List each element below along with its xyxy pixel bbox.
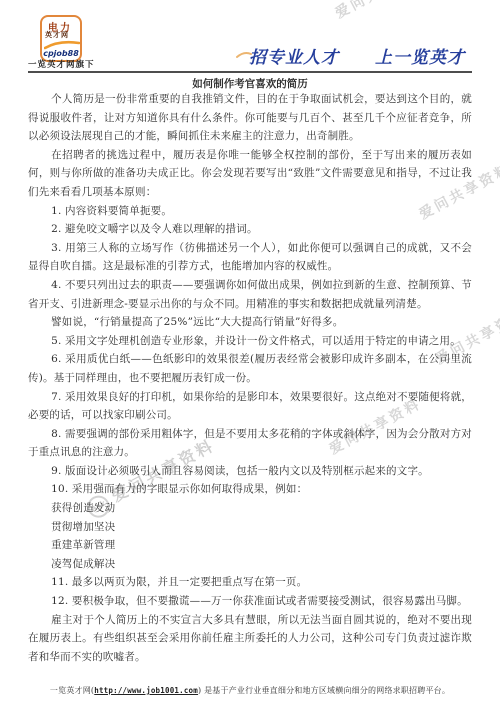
keyword-line: 贯彻增加坚决 [28, 518, 472, 537]
page-title: 如何制作考官喜欢的简历 [0, 76, 500, 91]
paragraph: 雇主对于个人简历上的不实宣言大多具有慧眼，所以无法当面自圆其说的，绝对不要出现在… [28, 611, 472, 667]
list-item: 1. 内容资料要简单扼要。 [28, 202, 472, 221]
footer-site-name: 一览英才网( [50, 686, 94, 695]
paragraph: 个人简历是一份非常重要的自我推销文件，目的在于争取面试机会，要达到这个目的，就得… [28, 90, 472, 146]
list-item: 9. 版面设计必须吸引人而且容易阅读，包括一般内文以及特别框示起来的文字。 [28, 462, 472, 481]
list-item: 6. 采用质优白纸——色纸影印的效果很差(履历表经常会被影印成许多副本，在公司里… [28, 350, 472, 387]
list-item: 5. 采用文字处理机创造专业形象，并设计一份文件格式，可以适用于特定的申请之用。 [28, 332, 472, 351]
list-item: 7. 采用效果良好的打印机，如果你给的是影印本，效果要很好。这点绝对不要随便将就… [28, 388, 472, 425]
watermark: 爱问共享资料 [331, 0, 430, 23]
list-item: 12. 要积极争取，但不要撒谎——万一你获准面试或者需要接受测试，很容易露出马脚… [28, 592, 472, 611]
list-item: 8. 需要强调的部份采用粗体字，但是不要用太多花稍的字体或斜体字，因为会分散对方… [28, 425, 472, 462]
site-tagline: 一览英才网旗下 [28, 58, 95, 70]
list-item: 11. 最多以两页为限，并且一定要把重点写在第一页。 [28, 573, 472, 592]
header-divider [28, 71, 472, 73]
document-body: 个人简历是一份非常重要的自我推销文件，目的在于争取面试机会，要达到这个目的，就得… [28, 90, 472, 666]
page-footer: 一览英才网(http://www.job1001.com) 是基于产业行业垂直细… [0, 685, 500, 696]
keyword-line: 获得创造发动 [28, 499, 472, 518]
list-item: 2. 避免咬文嚼字以及令人难以理解的措词。 [28, 220, 472, 239]
document-page: 爱问共享资料 爱问共享资料 爱问共享资料 爱问共享资料 ask爱问共享资料 电力… [0, 0, 500, 707]
list-item: 4. 不要只列出过去的职责——要强调你如何做出成果，例如拉到新的生意、控制预算、… [28, 276, 472, 313]
list-item: 3. 用第三人称的立场写作（彷佛描述另一个人），如此你便可以强调自己的成就，又不… [28, 239, 472, 276]
cpjob88-logo: 电力 英才网 cpjob88 [40, 15, 82, 62]
list-item: 10. 采用强而有力的字眼显示你如何取得成果，例如： [28, 480, 472, 499]
footer-description: ) 是基于产业行业垂直细分和地方区域横向细分的网络求职招聘平台。 [198, 686, 450, 695]
keyword-line: 重建革新管理 [28, 536, 472, 555]
paragraph: 譬如说，“行销量提高了25%”远比“大大提高行销量”好得多。 [28, 313, 472, 332]
paragraph: 在招聘者的挑选过程中，履历表是你唯一能够全权控制的部份，至于写出来的履历表如何，… [28, 146, 472, 202]
logo-text-cpjob88: cpjob88 [42, 49, 80, 58]
footer-site-link[interactable]: http://www.job1001.com [94, 686, 198, 695]
header-slogan: 招专业人才 上一览英才 [232, 43, 482, 68]
keyword-line: 凌驾促成解决 [28, 555, 472, 574]
